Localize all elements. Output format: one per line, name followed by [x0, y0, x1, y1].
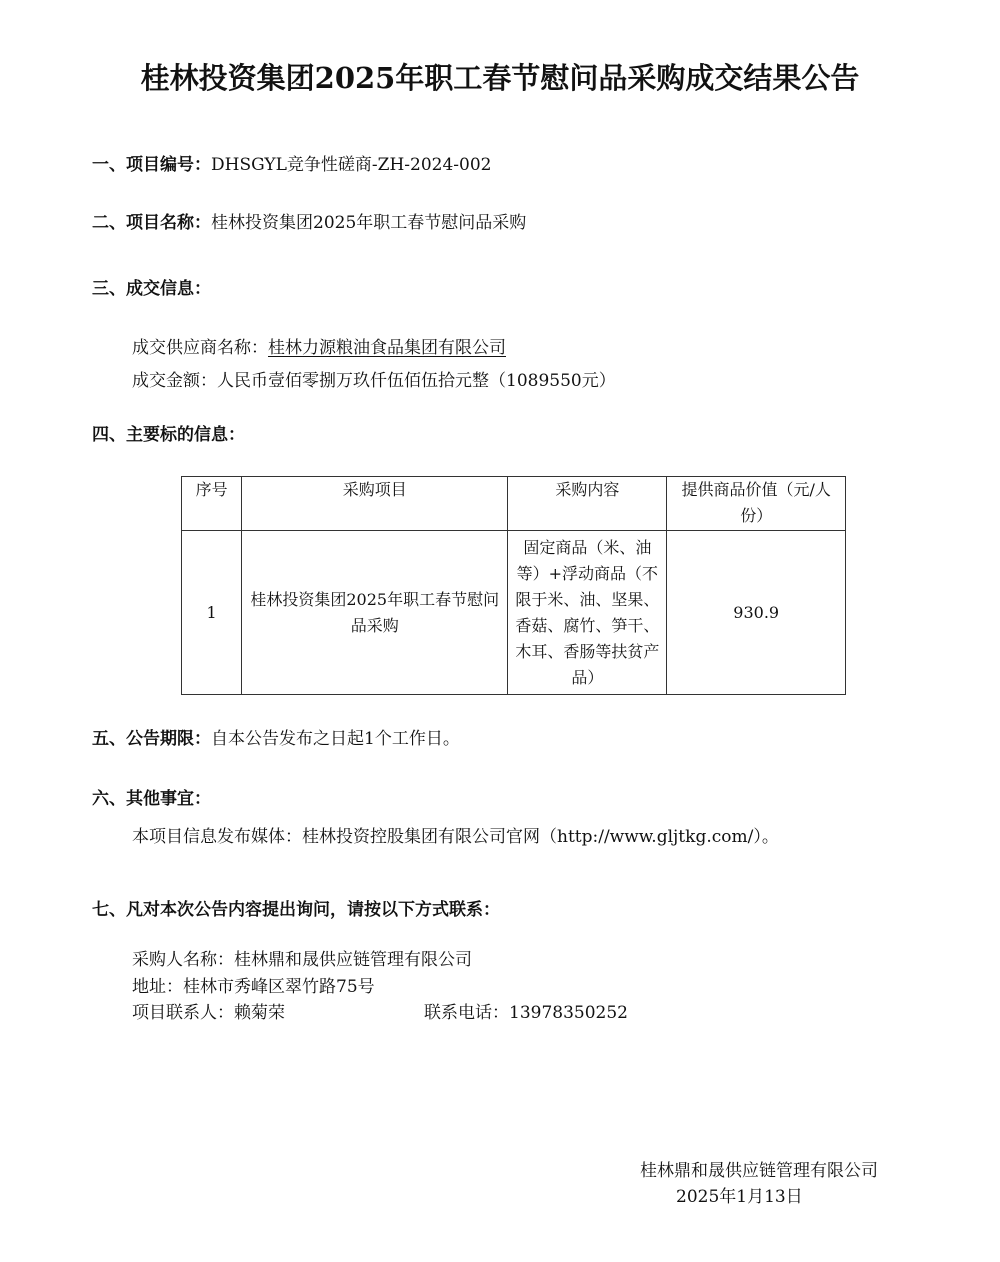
- section-main-items: 四、主要标的信息：: [92, 420, 245, 445]
- signature-date: 2025年1月13日: [676, 1182, 803, 1207]
- header-no: 序号: [182, 477, 242, 531]
- cell-project: 桂林投资集团2025年职工春节慰问品采购: [242, 531, 508, 695]
- section-deal-info: 三、成交信息：: [92, 274, 211, 299]
- amount-line: 成交金额：人民币壹佰零捌万玖仟伍佰伍拾元整（1089550元）: [132, 366, 616, 391]
- amount-label: 成交金额：: [132, 371, 217, 391]
- section-project-name: 二、项目名称：桂林投资集团2025年职工春节慰问品采购: [92, 208, 526, 233]
- cell-content: 固定商品（米、油等）+浮动商品（不限于米、油、坚果、香菇、腐竹、笋干、木耳、香肠…: [508, 531, 667, 695]
- cell-no: 1: [182, 531, 242, 695]
- section-label: 三、成交信息：: [92, 279, 211, 299]
- section-label: 二、项目名称：: [92, 213, 211, 233]
- table-row: 1 桂林投资集团2025年职工春节慰问品采购 固定商品（米、油等）+浮动商品（不…: [182, 531, 846, 695]
- amount-value: 人民币壹佰零捌万玖仟伍佰伍拾元整（1089550元）: [217, 371, 616, 391]
- section-label: 五、公告期限：: [92, 729, 211, 749]
- items-table: 序号 采购项目 采购内容 提供商品价值（元/人份） 1 桂林投资集团2025年职…: [181, 476, 846, 695]
- project-number-value: DHSGYL竞争性磋商-ZH-2024-002: [211, 155, 491, 175]
- section-label: 一、项目编号：: [92, 155, 211, 175]
- supplier-name: 桂林力源粮油食品集团有限公司: [268, 338, 506, 358]
- page-title: 桂林投资集团2025年职工春节慰问品采购成交结果公告: [0, 56, 1000, 97]
- section-contact: 七、凡对本次公告内容提出询问，请按以下方式联系：: [92, 895, 500, 920]
- contact-person-line: 项目联系人：赖菊荣: [132, 998, 285, 1023]
- section-notice-period: 五、公告期限：自本公告发布之日起1个工作日。: [92, 724, 460, 749]
- project-name-value: 桂林投资集团2025年职工春节慰问品采购: [211, 213, 526, 233]
- buyer-line: 采购人名称：桂林鼎和晟供应链管理有限公司: [132, 945, 472, 970]
- header-value: 提供商品价值（元/人份）: [667, 477, 846, 531]
- section-label: 四、主要标的信息：: [92, 425, 245, 445]
- section-other-matters: 六、其他事宜：: [92, 784, 211, 809]
- notice-period-value: 自本公告发布之日起1个工作日。: [211, 729, 460, 749]
- header-content: 采购内容: [508, 477, 667, 531]
- supplier-line: 成交供应商名称：桂林力源粮油食品集团有限公司: [132, 333, 506, 358]
- signature-org: 桂林鼎和晟供应链管理有限公司: [640, 1156, 878, 1181]
- cell-value: 930.9: [667, 531, 846, 695]
- header-project: 采购项目: [242, 477, 508, 531]
- section-label: 七、凡对本次公告内容提出询问，请按以下方式联系：: [92, 900, 500, 920]
- section-project-number: 一、项目编号：DHSGYL竞争性磋商-ZH-2024-002: [92, 150, 491, 175]
- supplier-label: 成交供应商名称：: [132, 338, 268, 358]
- contact-phone-line: 联系电话：13978350252: [424, 998, 628, 1023]
- media-line: 本项目信息发布媒体：桂林投资控股集团有限公司官网（http://www.gljt…: [132, 822, 779, 847]
- address-line: 地址：桂林市秀峰区翠竹路75号: [132, 972, 375, 997]
- table-header-row: 序号 采购项目 采购内容 提供商品价值（元/人份）: [182, 477, 846, 531]
- section-label: 六、其他事宜：: [92, 789, 211, 809]
